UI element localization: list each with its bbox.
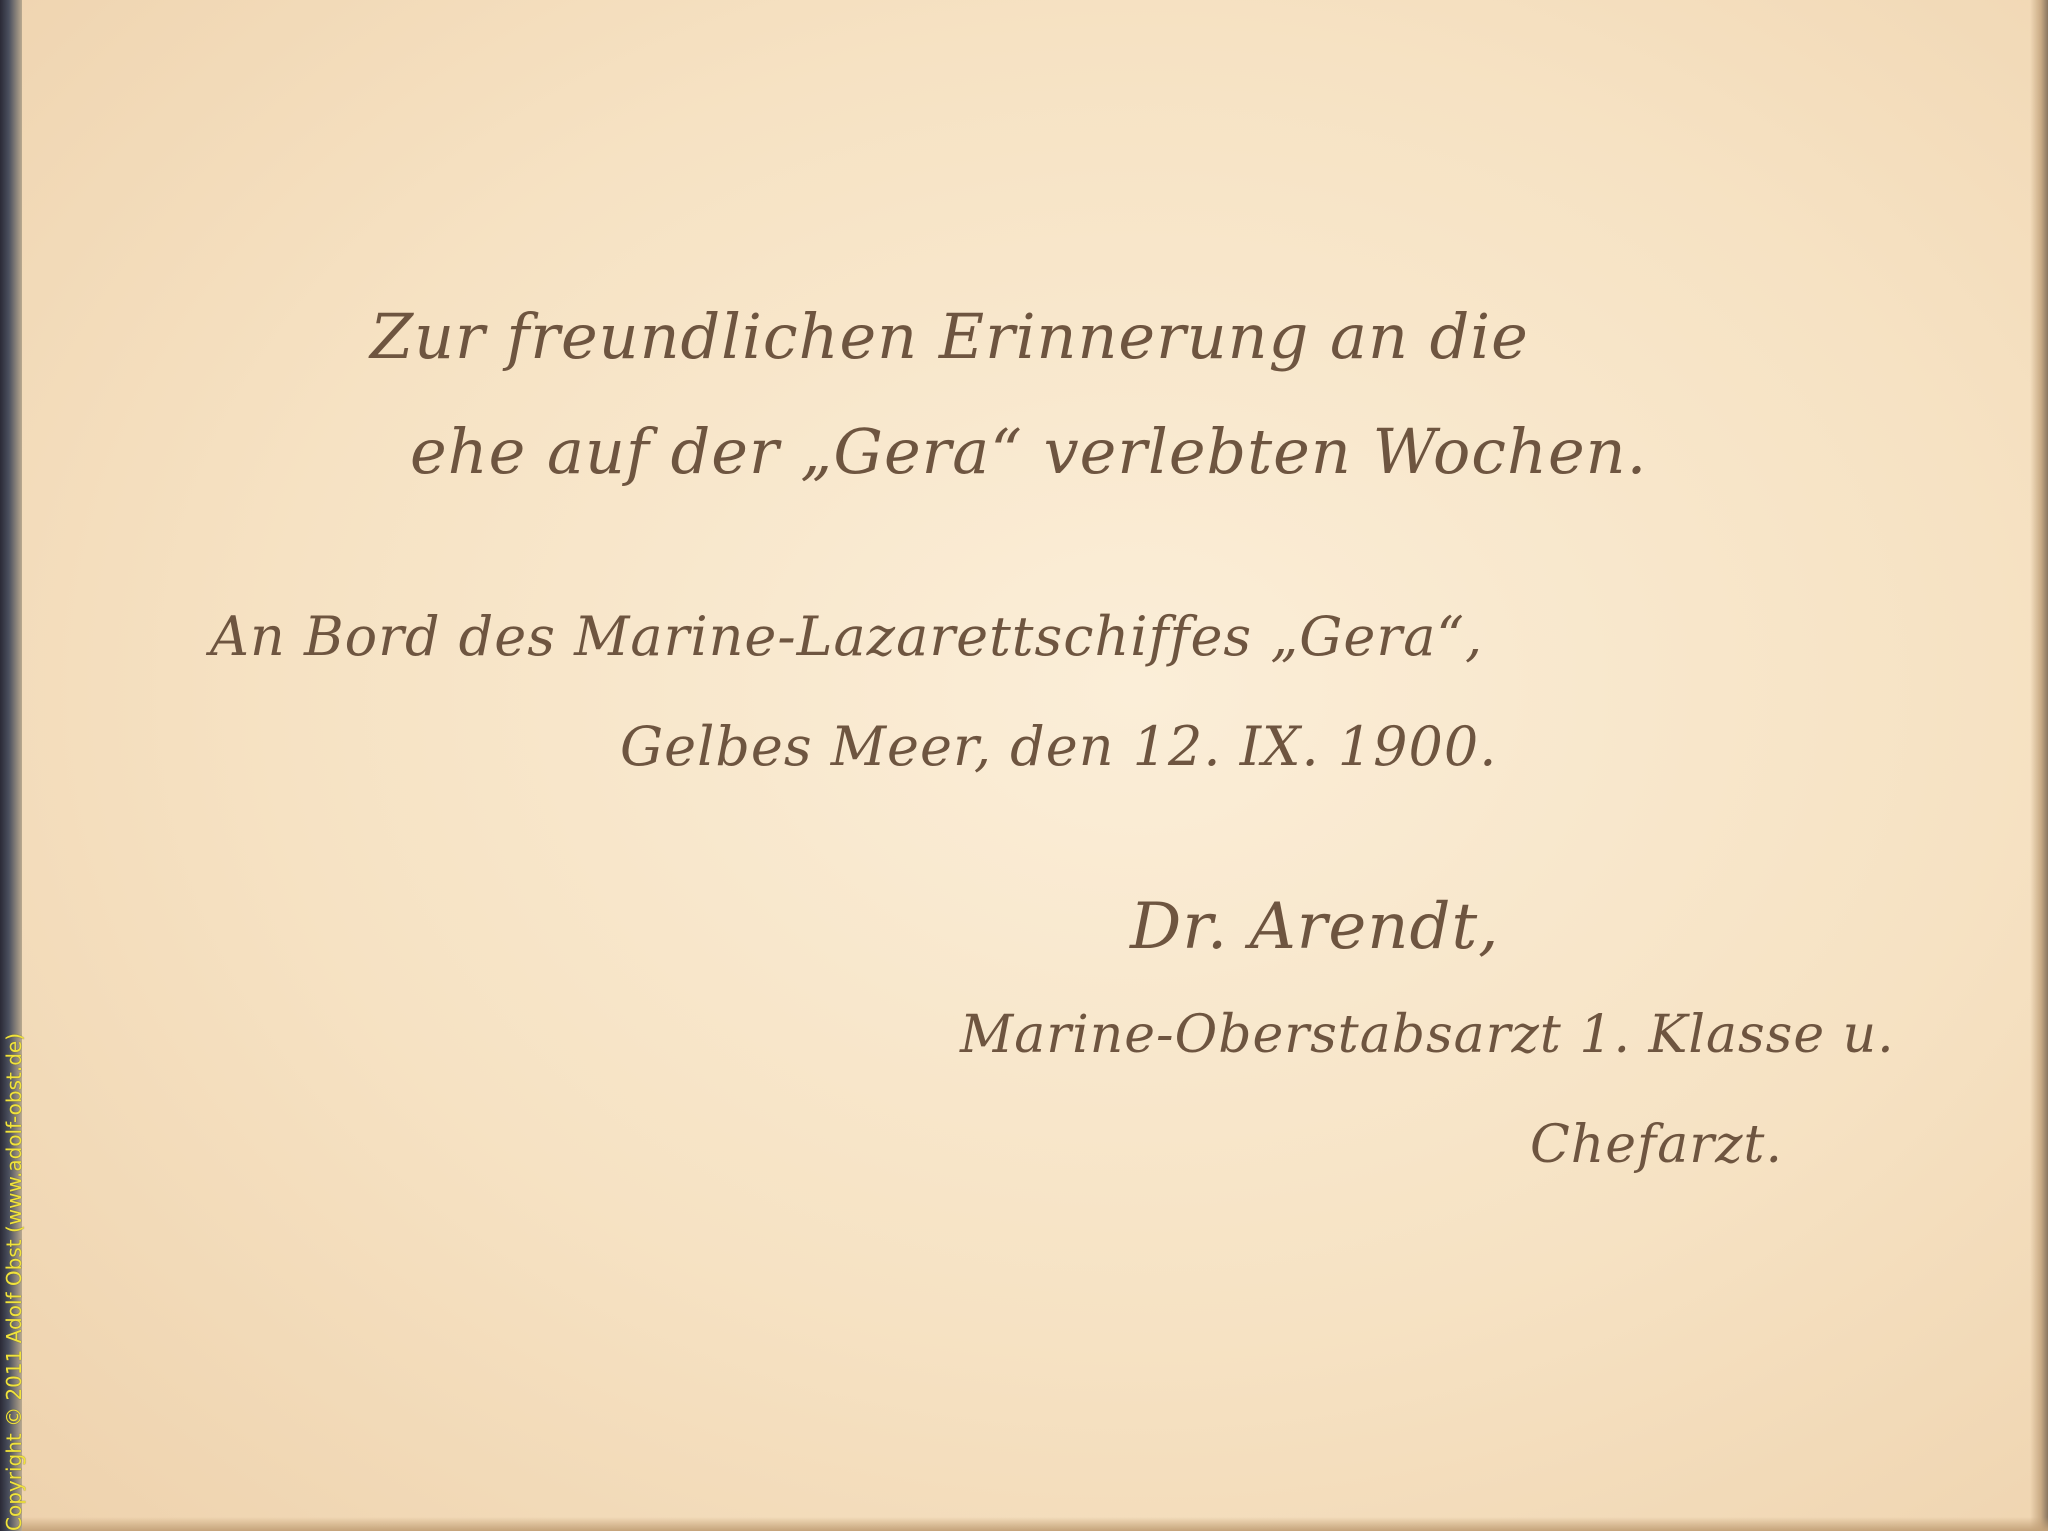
dedication-line-2: ehe auf der „Gera“ verlebten Wochen.	[410, 415, 1647, 488]
signature-title-line-1: Marine-Oberstabsarzt 1. Klasse u.	[960, 1005, 1895, 1065]
place-line: An Bord des Marine-Lazarettschiffes „Ger…	[210, 605, 1483, 668]
signature-name: Dr. Arendt,	[1130, 890, 1500, 964]
page-bottom-edge	[22, 1517, 2048, 1531]
date-line: Gelbes Meer, den 12. IX. 1900.	[620, 715, 1497, 778]
copyright-watermark: Copyright © 2011 Adolf Obst (www.adolf-o…	[2, 911, 26, 1531]
dedication-line-1: Zur freundlichen Erinnerung an die	[370, 300, 1529, 373]
page-right-edge	[2030, 0, 2048, 1531]
signature-title-line-2: Chefarzt.	[1530, 1115, 1783, 1175]
